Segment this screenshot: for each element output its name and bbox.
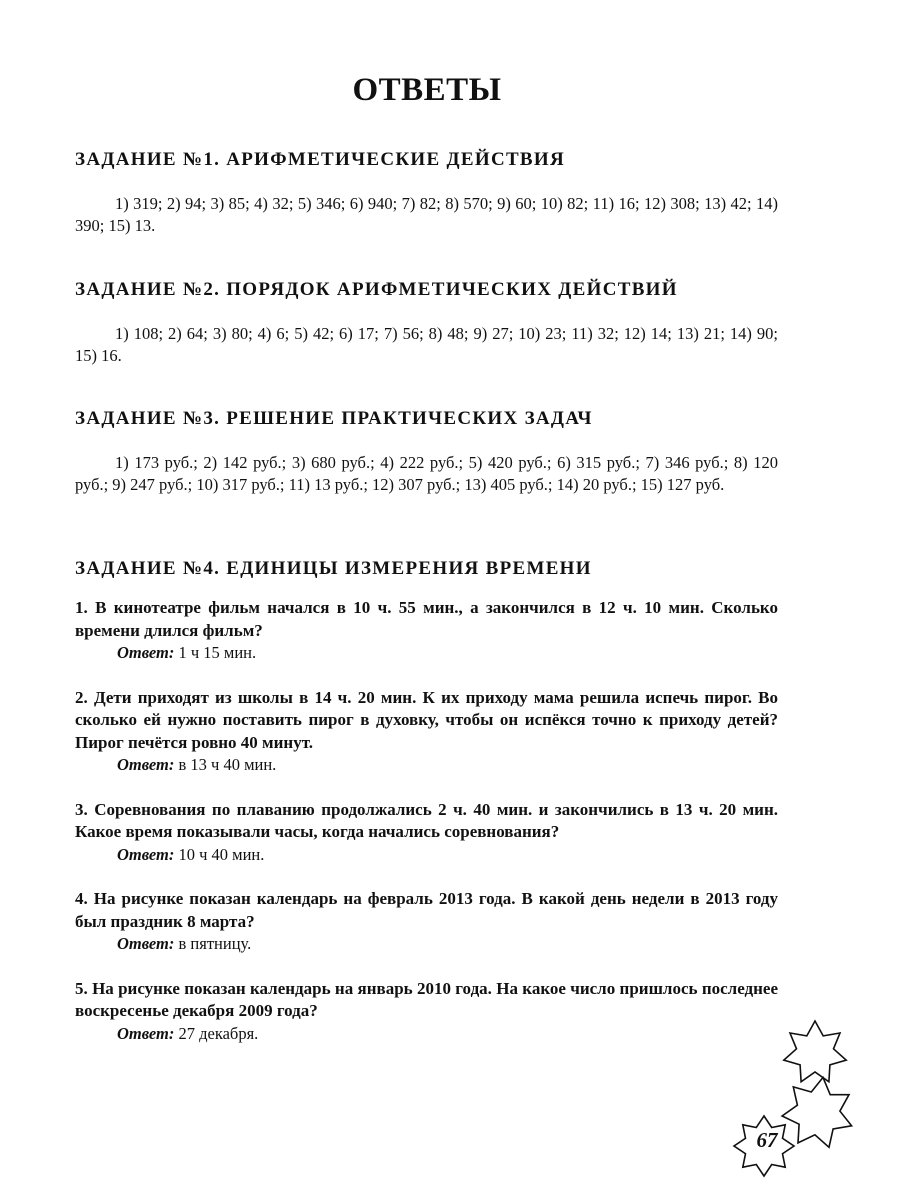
stars-decoration <box>720 1010 900 1200</box>
answer-label: Ответ: <box>117 643 174 662</box>
question-text: 3. Соревнования по плаванию продолжались… <box>75 799 778 844</box>
section-heading: ЗАДАНИЕ №1. АРИФМЕТИЧЕСКИЕ ДЕЙСТВИЯ <box>75 148 778 172</box>
page-title: ОТВЕТЫ <box>0 72 854 109</box>
question-text: 4. На рисунке показан календарь на февра… <box>75 888 778 933</box>
question-item: 2. Дети приходят из школы в 14 ч. 20 мин… <box>75 687 778 777</box>
answer-value: 27 декабря. <box>178 1024 258 1043</box>
answer-line: Ответ: 1 ч 15 мин. <box>75 642 778 665</box>
answer-value: 1 ч 15 мин. <box>178 643 256 662</box>
star-icon <box>784 1021 846 1082</box>
answer-value: 10 ч 40 мин. <box>178 845 264 864</box>
answer-line: Ответ: в пятницу. <box>75 933 778 956</box>
section-3: ЗАДАНИЕ №3. РЕШЕНИЕ ПРАКТИЧЕСКИХ ЗАДАЧ 1… <box>75 407 778 496</box>
section-1: ЗАДАНИЕ №1. АРИФМЕТИЧЕСКИЕ ДЕЙСТВИЯ 1) 3… <box>75 148 778 237</box>
question-item: 1. В кинотеатре фильм начался в 10 ч. 55… <box>75 597 778 665</box>
answer-value: в пятницу. <box>178 934 251 953</box>
answer-label: Ответ: <box>117 845 174 864</box>
answers-list: 1) 173 руб.; 2) 142 руб.; 3) 680 руб.; 4… <box>75 452 778 496</box>
answer-value: в 13 ч 40 мин. <box>178 755 276 774</box>
question-text: 5. На рисунке показан календарь на январ… <box>75 978 778 1023</box>
section-4: ЗАДАНИЕ №4. ЕДИНИЦЫ ИЗМЕРЕНИЯ ВРЕМЕНИ 1.… <box>75 557 778 1045</box>
page-number: 67 <box>752 1128 782 1153</box>
answer-label: Ответ: <box>117 755 174 774</box>
section-2: ЗАДАНИЕ №2. ПОРЯДОК АРИФМЕТИЧЕСКИХ ДЕЙСТ… <box>75 278 778 367</box>
answer-line: Ответ: 27 декабря. <box>75 1023 778 1046</box>
section-heading: ЗАДАНИЕ №4. ЕДИНИЦЫ ИЗМЕРЕНИЯ ВРЕМЕНИ <box>75 557 778 581</box>
question-text: 2. Дети приходят из школы в 14 ч. 20 мин… <box>75 687 778 755</box>
section-heading: ЗАДАНИЕ №2. ПОРЯДОК АРИФМЕТИЧЕСКИХ ДЕЙСТ… <box>75 278 778 302</box>
answer-line: Ответ: 10 ч 40 мин. <box>75 844 778 867</box>
star-icon <box>782 1077 852 1147</box>
question-text: 1. В кинотеатре фильм начался в 10 ч. 55… <box>75 597 778 642</box>
answers-list: 1) 319; 2) 94; 3) 85; 4) 32; 5) 346; 6) … <box>75 193 778 237</box>
answer-label: Ответ: <box>117 934 174 953</box>
question-item: 3. Соревнования по плаванию продолжались… <box>75 799 778 867</box>
answer-label: Ответ: <box>117 1024 174 1043</box>
question-item: 4. На рисунке показан календарь на февра… <box>75 888 778 956</box>
question-item: 5. На рисунке показан календарь на январ… <box>75 978 778 1046</box>
answers-list: 1) 108; 2) 64; 3) 80; 4) 6; 5) 42; 6) 17… <box>75 323 778 367</box>
section-heading: ЗАДАНИЕ №3. РЕШЕНИЕ ПРАКТИЧЕСКИХ ЗАДАЧ <box>75 407 778 431</box>
answer-line: Ответ: в 13 ч 40 мин. <box>75 754 778 777</box>
